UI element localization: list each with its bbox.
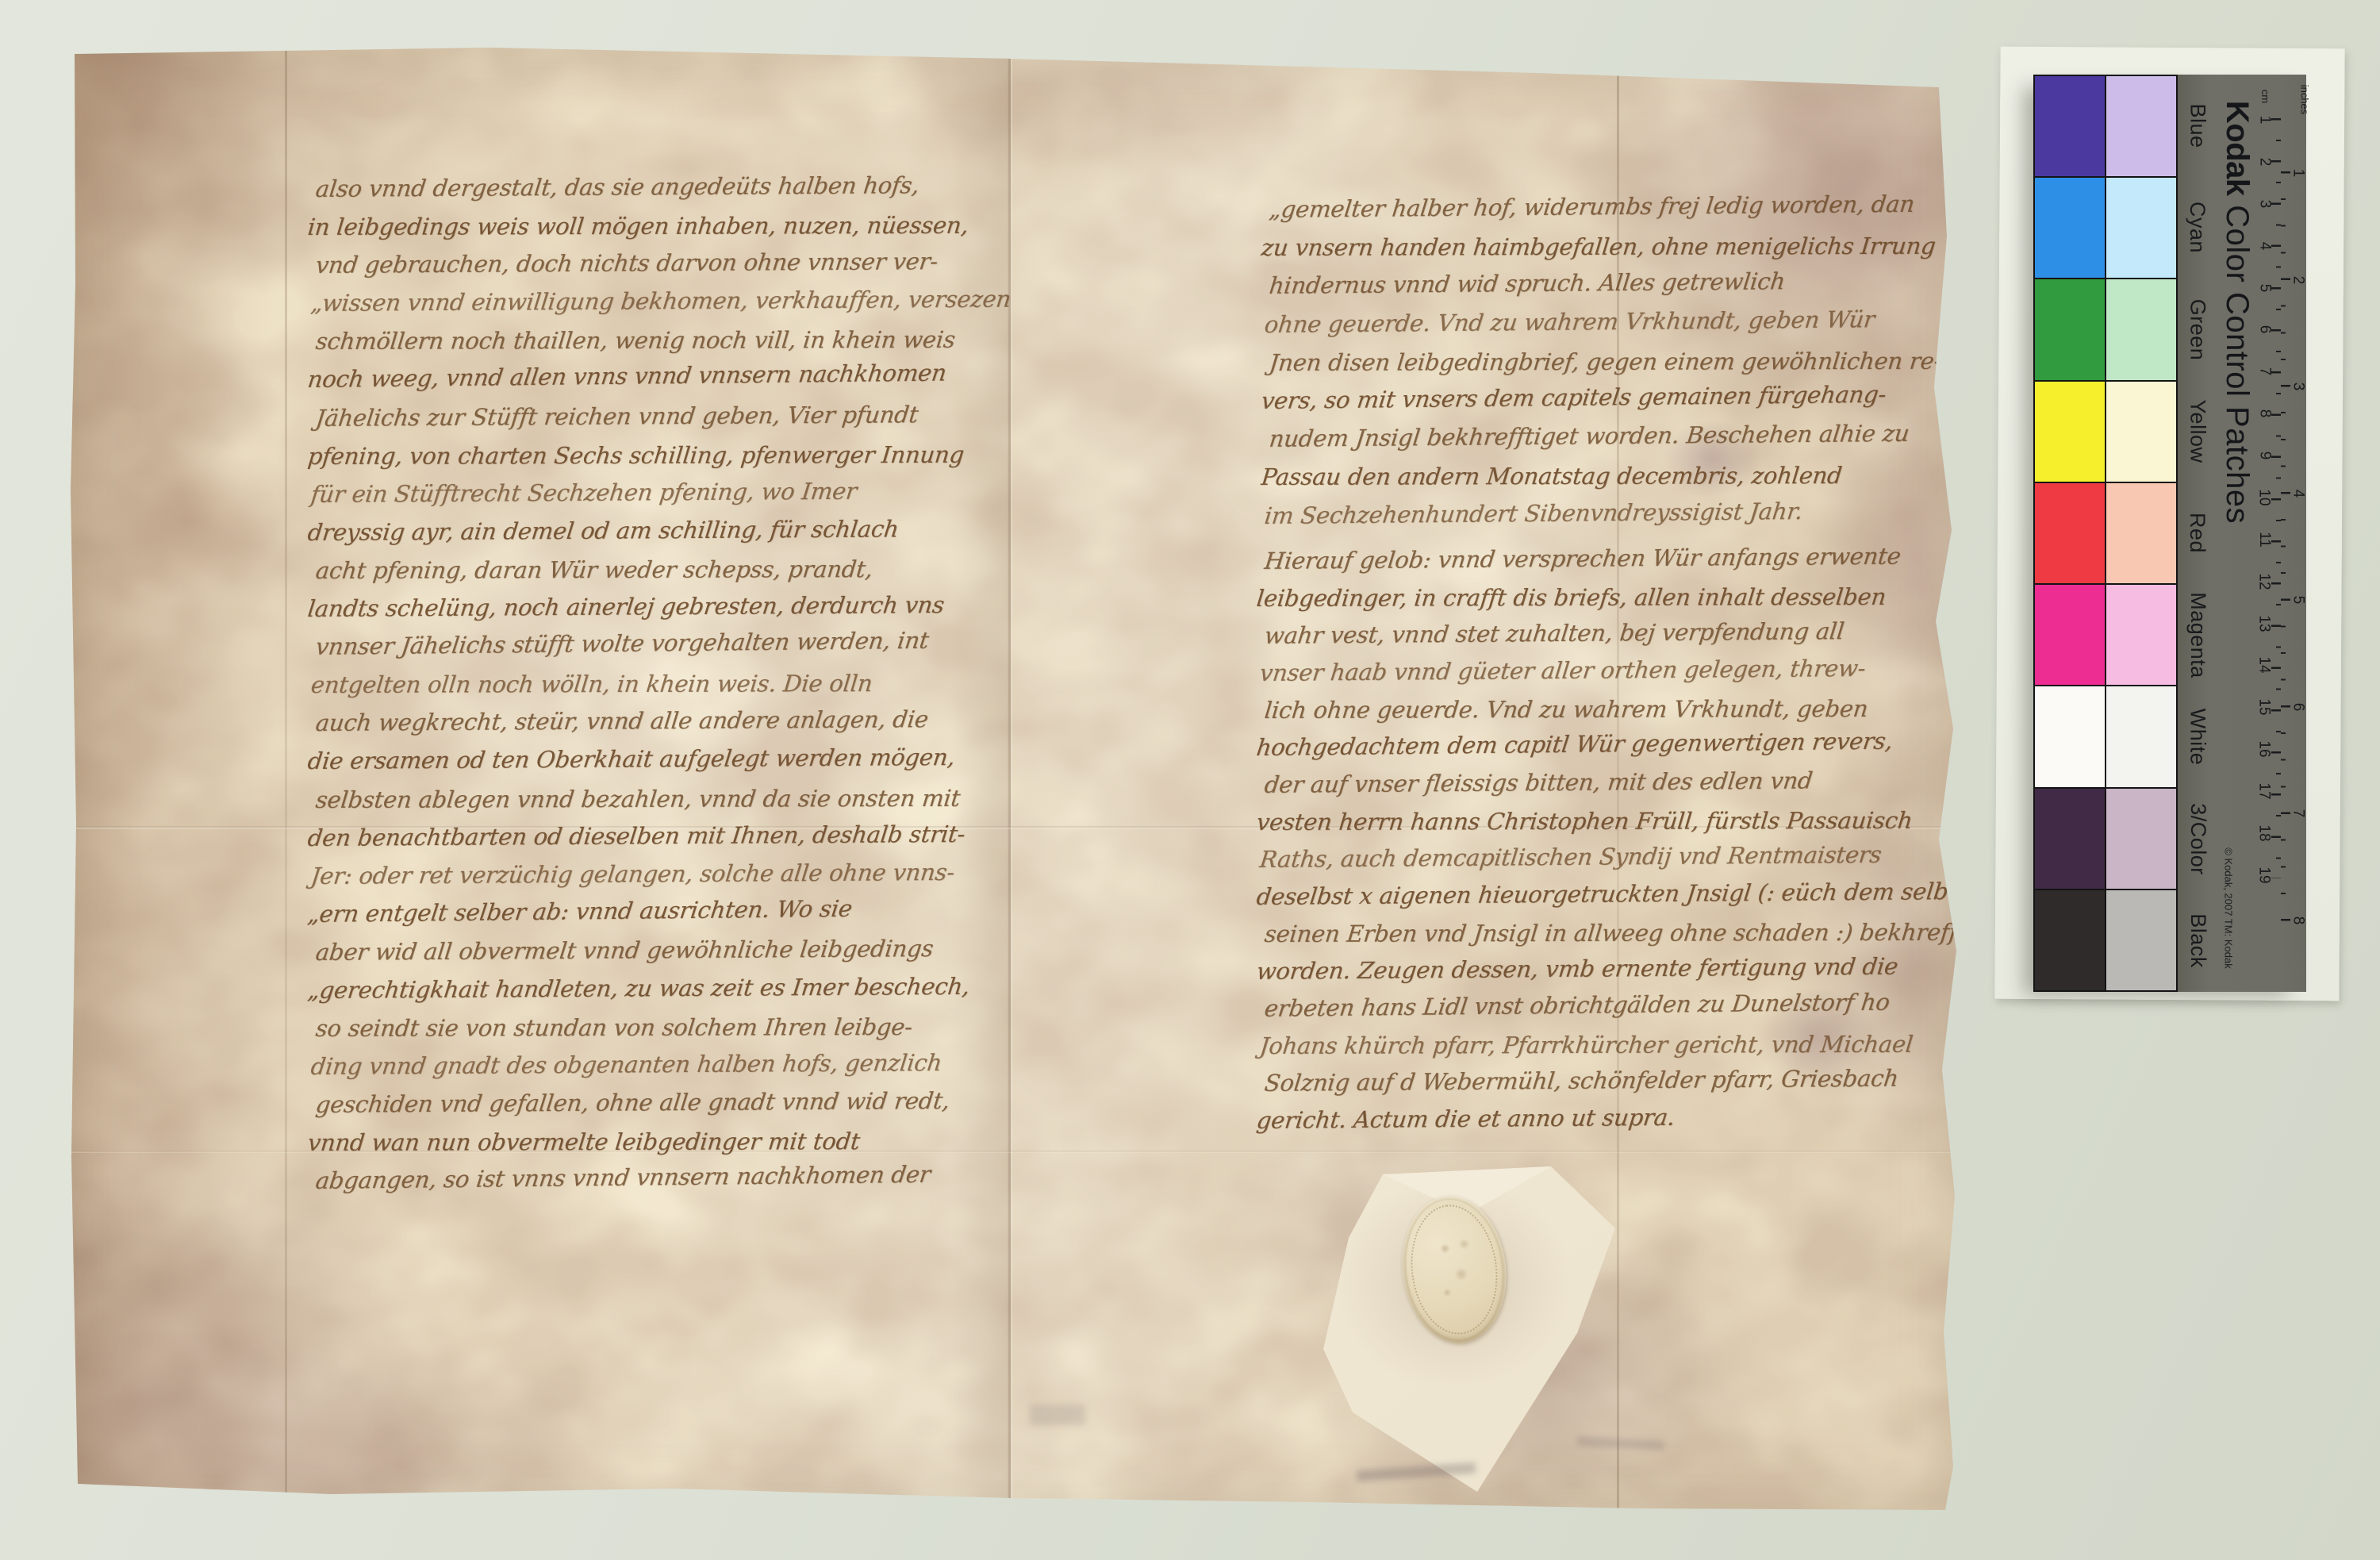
inch-number: 1 [2289,169,2306,178]
manuscript-line: ohne geuerde. Vnd zu wahrem Vrkhundt, ge… [1259,299,1994,344]
manuscript-line: geschiden vnd gefallen, ohne alle gnadt … [305,1082,1048,1124]
color-patch-strong [2035,585,2105,685]
cm-number: 3 [2255,199,2273,208]
manuscript-line: deselbst x aigenen hieuorgetruckten Jnsi… [1254,873,1997,916]
color-patch-tint [2106,890,2176,990]
color-patch-strong [2035,279,2105,379]
cm-number: 14 [2255,657,2273,674]
strip-gray-band: Blue Cyan Green Yellow Red [2178,75,2306,992]
copyright-text: © Kodak, 2007 TM: Kodak [2223,847,2235,968]
inch-number: 4 [2289,489,2306,498]
patch-label-cell: Black [2180,890,2215,992]
manuscript-line: abgangen, so ist vnns vnnd vnnsern nachk… [305,1155,1050,1201]
patch-label-cell: Yellow [2180,380,2215,482]
ink-smudge [1030,1404,1085,1425]
manuscript-line: ding vnnd gnadt des obgenanten halben ho… [305,1043,1048,1085]
manuscript-line: hindernus vnnd wid spruch. Alles getrewl… [1259,260,1994,305]
right-page-paragraph-2: Hierauf gelob: vnnd versprechen Wür anfa… [1257,543,1994,1139]
strip-copyright: © Kodak, 2007 TM: Kodak [2221,830,2236,986]
color-patch-strong [2035,382,2105,482]
manuscript-line: so seindt sie von stundan von solchem Ih… [306,1008,1048,1048]
color-patch-tint [2106,483,2176,583]
patch-labels-column: Blue Cyan Green Yellow Red [2180,75,2215,992]
kodak-brand-text: Kodak [2221,100,2255,195]
patch-label: Cyan [2186,202,2210,253]
scanned-manuscript-scene: also vnnd dergestalt, das sie angedeüts … [0,0,2380,1560]
color-patch-strong [2035,483,2105,583]
color-patches-grid [2033,75,2178,992]
patch-label-cell: Green [2180,279,2215,380]
cm-number: 5 [2255,283,2273,292]
color-patch-strong [2035,686,2105,786]
patch-label-cell: Cyan [2180,176,2215,278]
manuscript-line: auch wegkrecht, steür, vnnd alle andere … [305,700,1048,743]
manuscript-line: nudem Jnsigl bekhrefftiget worden. Besch… [1259,413,1994,458]
left-page-fold-crease [285,46,287,1516]
patch-label-cell: 3/Color [2180,788,2215,890]
cm-number: 2 [2255,158,2273,167]
patch-label-cell: Red [2180,482,2215,584]
patch-label: White [2186,709,2210,766]
manuscript-line: Johans khürch pfarr, Pfarrkhürcher geric… [1255,1026,1997,1065]
cm-number: 12 [2255,573,2273,590]
manuscript-line: „gerechtigkhait handleten, zu was zeit e… [305,966,1048,1009]
color-patch-tint [2106,585,2176,685]
inches-unit-label: inches [2298,85,2310,115]
manuscript-line: in leibgedings weis woll mögen inhaben, … [306,206,1048,247]
cm-number: 11 [2255,532,2273,548]
color-patch-strong [2035,890,2105,990]
manuscript-line: der auf vnser fleissigs bitten, mit des … [1254,761,1997,804]
manuscript-line: „gemelter halber hof, widerumbs frej led… [1259,184,1994,229]
manuscript-line: den benachtbarten od dieselben mit Ihnen… [305,814,1048,857]
inch-number: 5 [2289,596,2306,605]
color-patch-row [2035,382,2176,482]
patch-label-cell: Blue [2180,75,2215,176]
manuscript-line: für ein Stüfftrecht Sechzehen pfening, w… [305,471,1048,513]
color-patch-row [2035,76,2176,176]
manuscript-line: leibgedinger, in crafft dis briefs, alle… [1255,578,1997,617]
patch-label: Red [2186,513,2210,553]
color-patch-row [2035,483,2176,583]
patch-label: Magenta [2186,592,2210,678]
manuscript-line: im Sechzehenhundert Sibenvndreyssigist J… [1259,490,1994,535]
color-patch-row [2035,279,2176,379]
cm-scale-numbers: 12345678910111213141516171819 [2257,111,2271,884]
color-patch-row [2035,178,2176,278]
strip-title-text: Color Control Patches [2221,195,2255,523]
cm-unit-label: cm [2259,90,2271,103]
patch-label: Black [2186,913,2210,968]
cm-number: 10 [2255,489,2273,505]
color-patch-tint [2106,279,2176,379]
cm-number: 7 [2255,367,2273,376]
strip-ruler: cm inches 12345678910111213141516171819 … [2257,75,2306,992]
manuscript-line: vnd gebrauchen, doch nichts darvon ohne … [305,242,1048,285]
patch-label-cell: Magenta [2180,584,2215,686]
manuscript-line: Raths, auch demcapitlischen Syndij vnd R… [1254,836,1997,878]
manuscript-line: Passau den andern Monatstag decembris, z… [1260,456,1994,497]
manuscript-line: Hierauf gelob: vnnd versprechen Wür anfa… [1254,537,1997,580]
cm-number: 1 [2255,116,2273,125]
color-patch-row [2035,789,2176,889]
color-patch-strong [2035,789,2105,889]
manuscript-line: vers, so mit vnsers dem capitels gemaine… [1259,374,1995,420]
cm-number: 16 [2255,741,2273,758]
manuscript-line: dreyssig ayr, ain demel od am schilling,… [305,509,1048,551]
color-patch-tint [2106,76,2176,176]
patch-label: Green [2186,298,2210,360]
manuscript-line: „wissen vnnd einwilligung bekhomen, verk… [305,280,1048,323]
manuscript-line: seinen Erben vnd Jnsigl in allweeg ohne … [1255,914,1997,953]
patch-label-cell: White [2180,686,2215,788]
right-page-paragraph-1: „gemelter halber hof, widerumbs frej led… [1261,190,1991,535]
manuscript-line: hochgedachtem dem capitl Wür gegenwertig… [1254,721,1998,767]
cm-number: 13 [2255,615,2273,632]
inch-number: 6 [2289,703,2306,712]
cm-number: 8 [2255,409,2273,418]
manuscript-line: vnser haab vnnd güeter aller orthen gele… [1254,649,1997,692]
manuscript-line: acht pfening, daran Wür weder schepss, p… [306,550,1048,590]
manuscript-line: „ern entgelt selber ab: vnnd ausrichten.… [305,887,1050,933]
manuscript-line: noch weeg, vnnd allen vnns vnnd vnnsern … [305,353,1050,399]
inch-number: 8 [2289,916,2306,925]
manuscript-line: Solznig auf d Webermühl, schönfelder pfa… [1254,1059,1997,1102]
manuscript-line: erbeten hans Lidl vnst obrichtgälden zu … [1254,982,1998,1028]
color-patch-row [2035,585,2176,685]
left-page-text: also vnnd dergestalt, das sie angedeüts … [308,170,1046,1201]
cm-number: 18 [2255,824,2273,841]
cm-number: 6 [2255,325,2273,334]
wax-seal [1394,1190,1514,1349]
cm-number: 4 [2255,241,2273,250]
manuscript-line: pfening, von charten Sechs schilling, pf… [306,435,1048,475]
inch-scale-numbers: 12345678 [2290,164,2305,929]
manuscript-line: gericht. Actum die et anno ut supra. [1254,1097,1997,1139]
color-patch-tint [2106,789,2176,889]
manuscript-line: die ersamen od ten Oberkhait aufgelegt w… [305,738,1048,781]
manuscript-line: vesten herrn hanns Christophen Früll, fü… [1255,802,1997,841]
color-patch-tint [2106,686,2176,786]
color-patch-row [2035,890,2176,990]
ink-smudge [1577,1436,1664,1450]
inch-number: 7 [2289,809,2306,818]
patch-label: Yellow [2186,400,2210,463]
color-patch-strong [2035,178,2105,278]
ink-smudge [1357,1462,1476,1481]
strip-title: Kodak Color Control Patches [2218,87,2256,536]
color-patch-strong [2035,76,2105,176]
manuscript-line: Jähelichs zur Stüfft reichen vnnd geben,… [305,394,1048,437]
color-patch-tint [2106,382,2176,482]
patch-label: 3/Color [2186,803,2210,875]
manuscript-line: also vnnd dergestalt, das sie angedeüts … [305,165,1048,208]
manuscript-line: vnnser Jähelichs stüfft wolte vorgehalte… [305,620,1050,666]
inch-number: 2 [2289,275,2306,284]
cm-number: 19 [2255,866,2273,883]
color-patch-row [2035,686,2176,786]
manuscript-line: aber wid all obvermelt vnnd gewöhnliche … [305,928,1048,971]
patch-label: Blue [2186,103,2210,148]
manuscript-sheet: also vnnd dergestalt, das sie angedeüts … [70,46,1960,1516]
cm-number: 15 [2255,699,2273,716]
quarter-inch-tick-marks [2281,198,2286,924]
cm-number: 9 [2255,451,2273,460]
manuscript-line: entgelten olln noch wölln, in khein weis… [306,664,1048,705]
inch-number: 3 [2289,382,2306,391]
kodak-color-control-strip: Blue Cyan Green Yellow Red [2033,75,2306,992]
color-patch-tint [2106,178,2176,278]
manuscript-line: wahr vest, vnnd stet zuhalten, bej verpf… [1254,612,1997,655]
manuscript-line: selbsten ablegen vnnd bezahlen, vnnd da … [306,778,1048,819]
cm-number: 17 [2255,782,2273,799]
